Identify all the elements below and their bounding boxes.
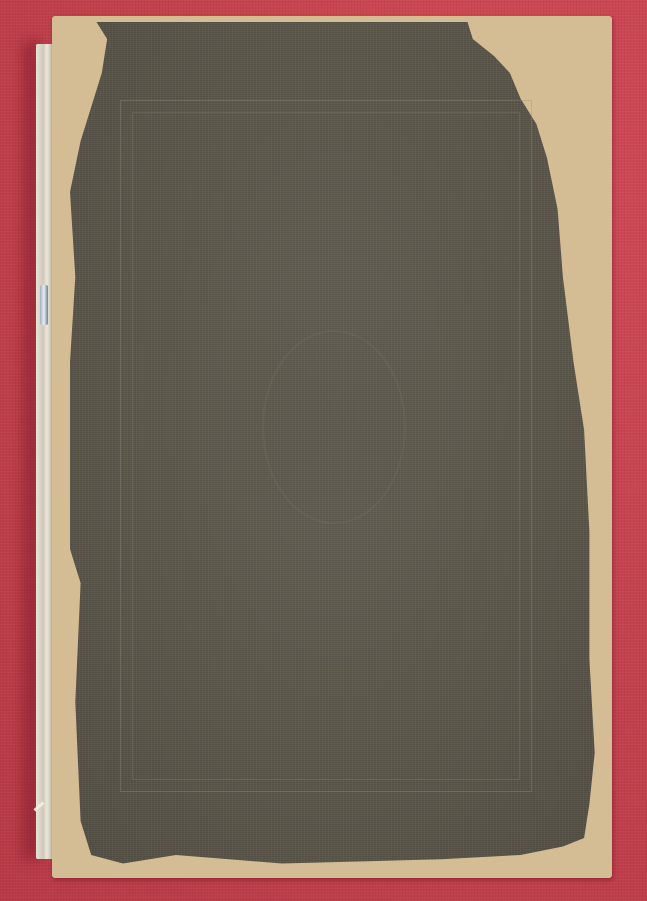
oval-emblem-icon [262,330,406,524]
spine-tape-strip [40,285,48,325]
